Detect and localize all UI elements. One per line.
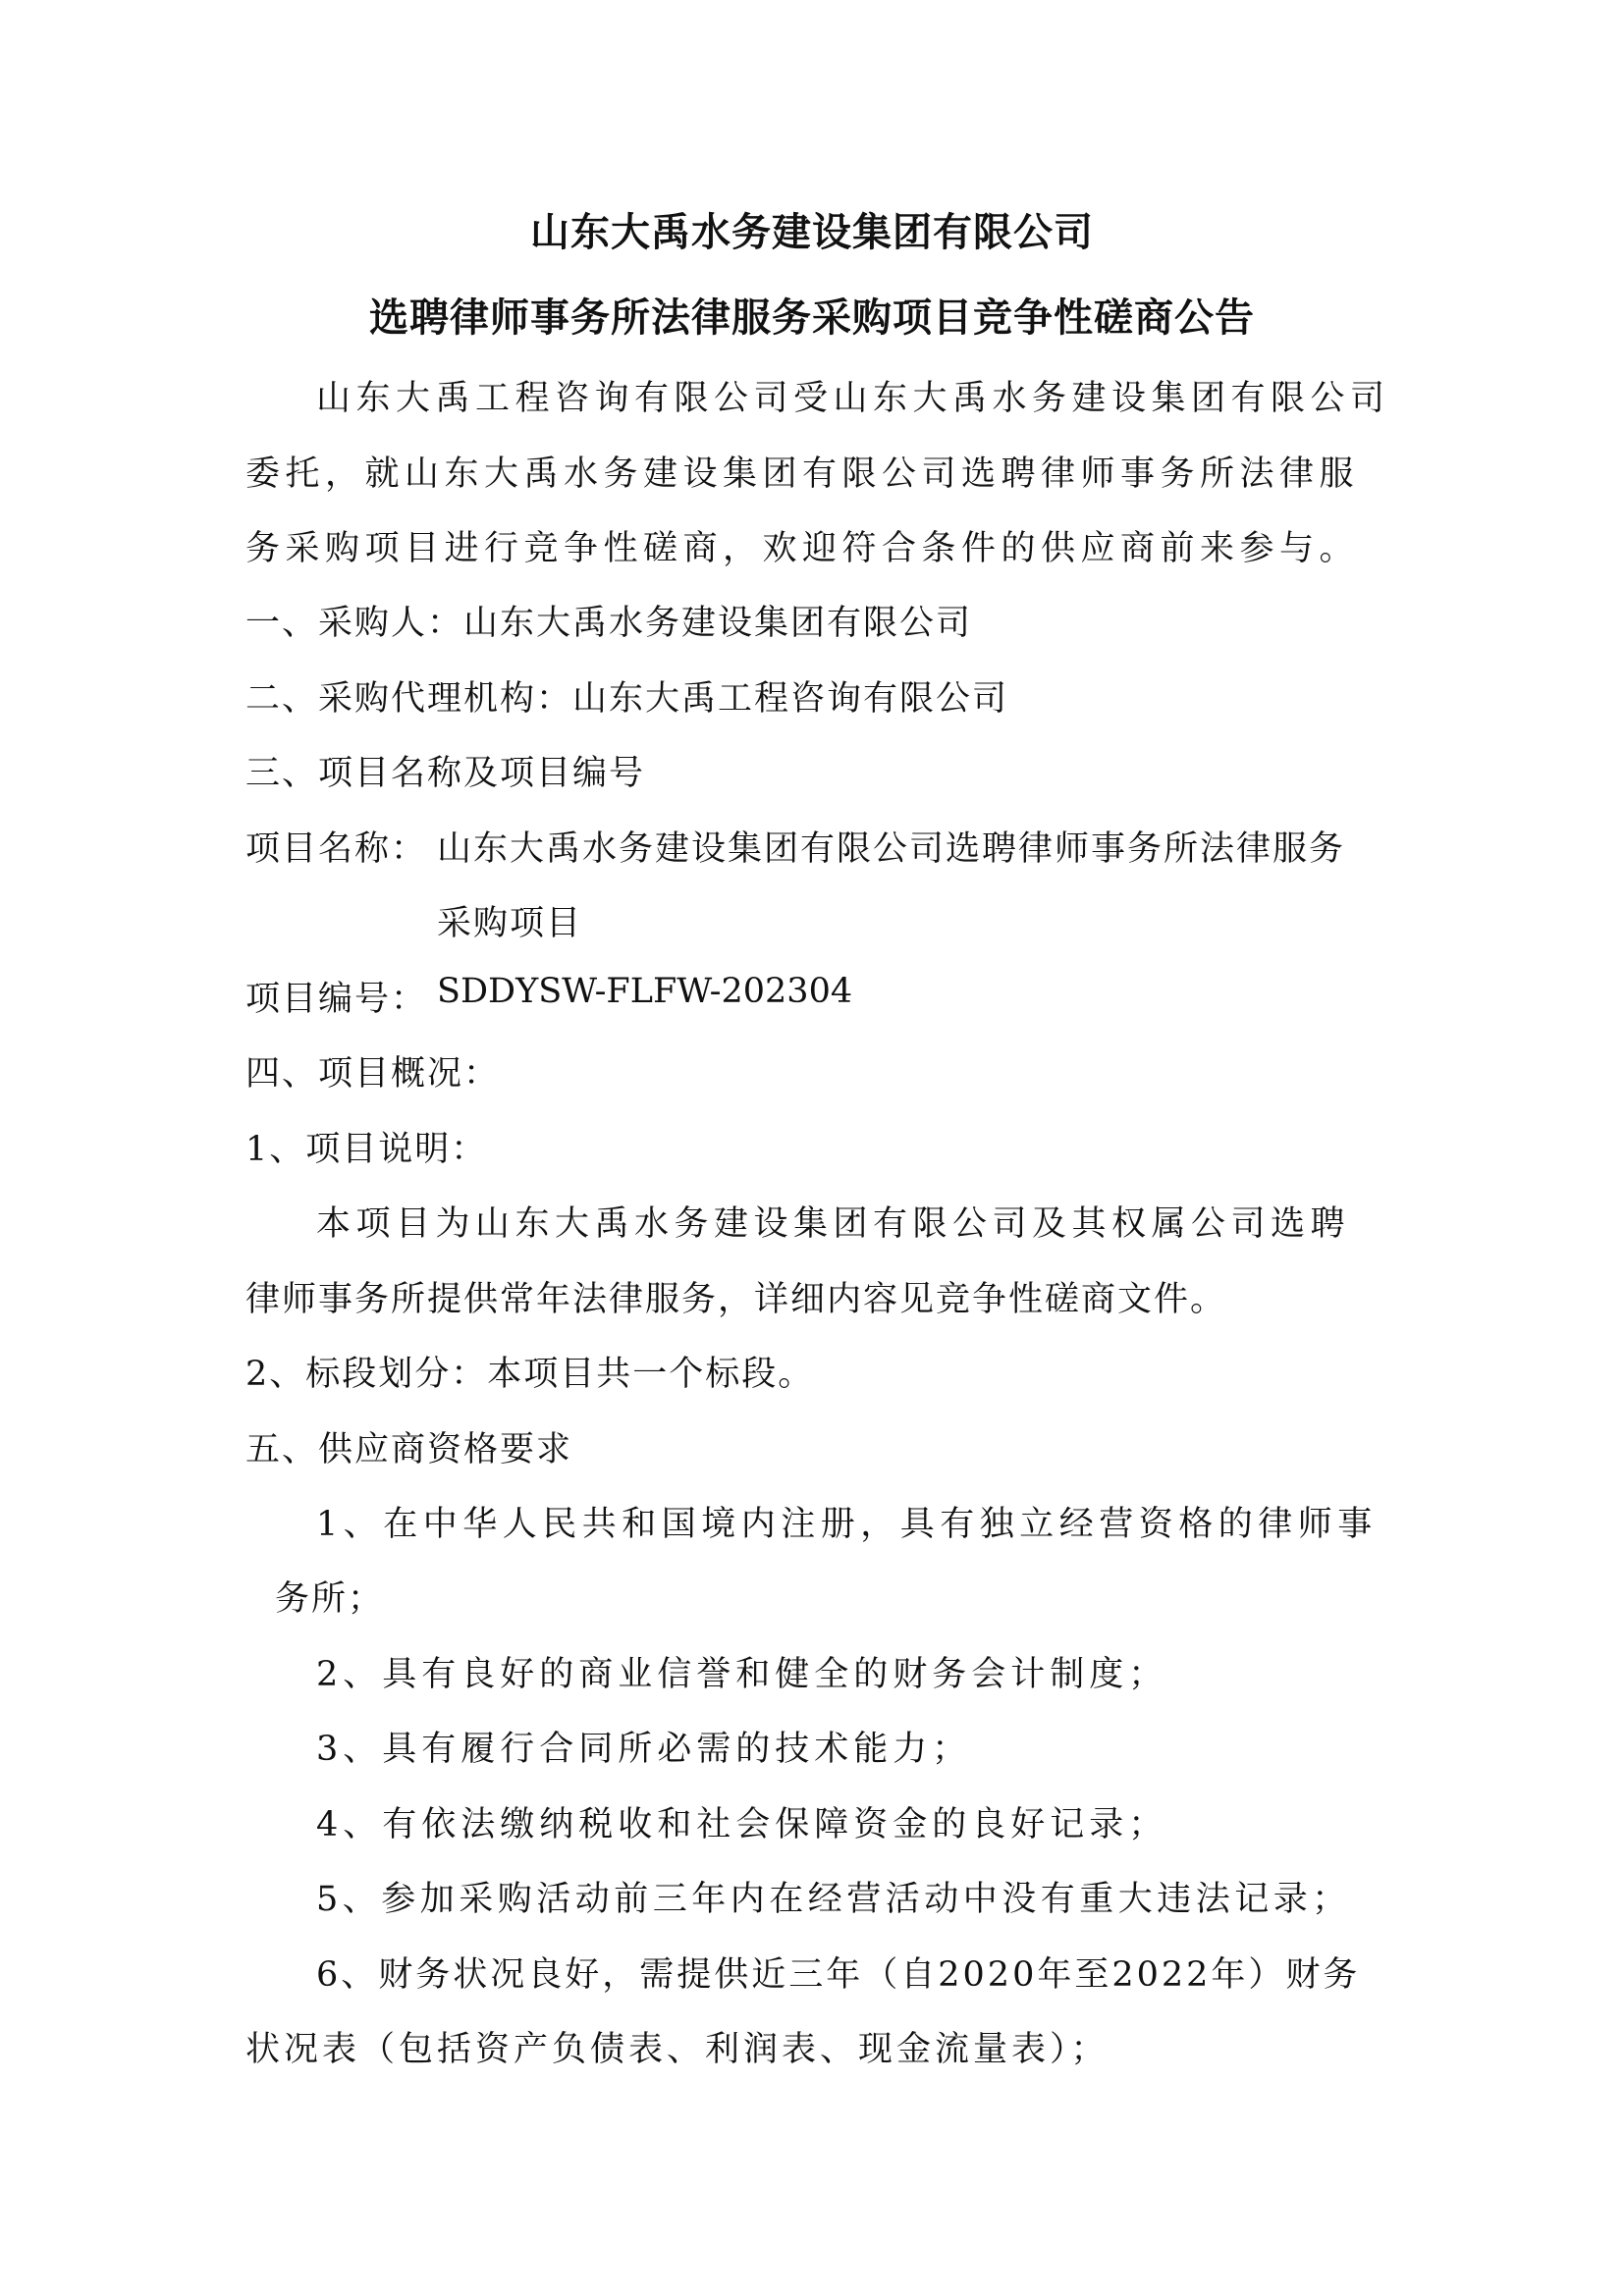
requirement-1: 1、在中华人民共和国境内注册，具有独立经营资格的律师事	[316, 1497, 1378, 1546]
item-lot-division: 2、标段划分：本项目共一个标段。	[245, 1347, 814, 1396]
intro-line-1: 山东大禹工程咨询有限公司受山东大禹水务建设集团有限公司	[316, 371, 1390, 420]
item-project-description-line2: 律师事务所提供常年法律服务，详细内容见竞争性磋商文件。	[245, 1272, 1226, 1321]
requirement-6: 6、财务状况良好，需提供近三年（自2020年至2022年）财务	[316, 1948, 1360, 1997]
project-name-label: 项目名称：	[245, 822, 427, 871]
section-project-name-number: 三、项目名称及项目编号	[245, 746, 645, 795]
project-name-value: 山东大禹水务建设集团有限公司选聘律师事务所法律服务	[437, 822, 1345, 871]
section-purchaser: 一、采购人：山东大禹水务建设集团有限公司	[245, 596, 972, 645]
section-agency: 二、采购代理机构：山东大禹工程咨询有限公司	[245, 671, 1008, 721]
project-number-value: SDDYSW-FLFW-202304	[437, 972, 852, 1011]
project-number-label: 项目编号：	[245, 972, 427, 1021]
section-overview: 四、项目概况：	[245, 1046, 500, 1095]
item-project-description-line1: 本项目为山东大禹水务建设集团有限公司及其权属公司选聘	[316, 1197, 1350, 1246]
item-project-description-title: 1、项目说明：	[245, 1122, 487, 1171]
document-page: 山东大禹水务建设集团有限公司 选聘律师事务所法律服务采购项目竞争性磋商公告 山东…	[0, 0, 1624, 2296]
requirement-4: 4、有依法缴纳税收和社会保障资金的良好记录；	[316, 1797, 1167, 1846]
project-name-value-cont: 采购项目	[437, 896, 582, 945]
requirement-1-cont: 务所；	[275, 1572, 384, 1621]
requirement-2: 2、具有良好的商业信誉和健全的财务会计制度；	[316, 1647, 1167, 1696]
intro-line-2: 委托，就山东大禹水务建设集团有限公司选聘律师事务所法律服	[245, 447, 1359, 496]
document-title-line2: 选聘律师事务所法律服务采购项目竞争性磋商公告	[0, 287, 1624, 343]
requirement-5: 5、参加采购活动前三年内在经营活动中没有重大违法记录；	[316, 1872, 1351, 1921]
document-title-line1: 山东大禹水务建设集团有限公司	[0, 201, 1624, 257]
intro-line-3: 务采购项目进行竞争性磋商，欢迎符合条件的供应商前来参与。	[245, 521, 1359, 570]
requirement-3: 3、具有履行合同所必需的技术能力；	[316, 1722, 971, 1771]
requirement-6-cont: 状况表（包括资产负债表、利润表、现金流量表）；	[245, 2022, 1110, 2071]
section-supplier-requirements: 五、供应商资格要求	[245, 1422, 572, 1471]
